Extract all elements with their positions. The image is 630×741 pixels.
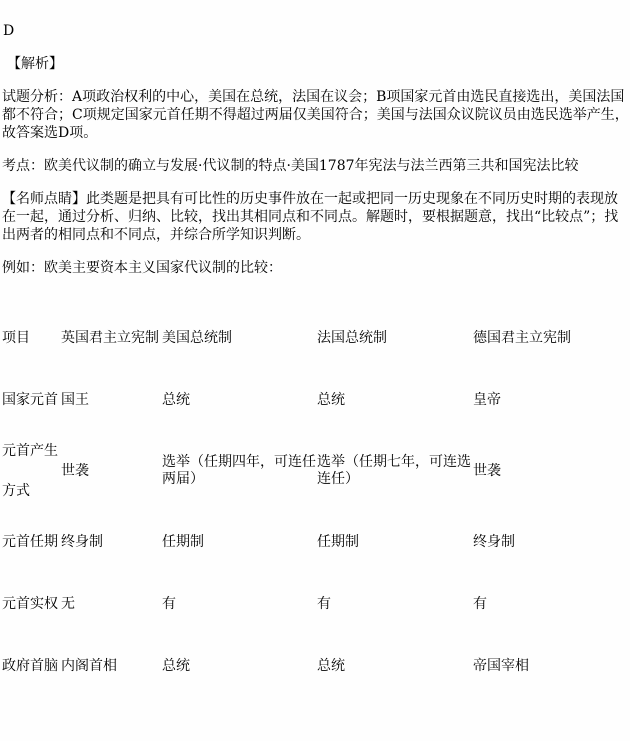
- table-cell: 总统: [162, 369, 317, 431]
- table-header-cell: 德国君主立宪制: [473, 307, 630, 369]
- comparison-table: 项目 英国君主立宪制 美国总统制 法国总统制 德国君主立宪制 国家元首 国王 总…: [2, 307, 630, 697]
- table-header-row: 项目 英国君主立宪制 美国总统制 法国总统制 德国君主立宪制: [2, 307, 630, 369]
- table-cell: 有: [473, 573, 630, 635]
- table-header-cell: 法国总统制: [317, 307, 473, 369]
- table-cell: 无: [61, 573, 162, 635]
- table-cell: 元首实权: [2, 573, 61, 635]
- table-cell: 元首任期: [2, 511, 61, 573]
- table-cell: 世袭: [473, 431, 630, 511]
- table-cell: 帝国宰相: [473, 635, 630, 697]
- table-cell: 国王: [61, 369, 162, 431]
- table-cell: 国家元首: [2, 369, 61, 431]
- table-cell: 总统: [317, 635, 473, 697]
- answer-letter: D: [2, 22, 630, 40]
- table-cell: 有: [162, 573, 317, 635]
- exam-point-line: 考点：欧美代议制的确立与发展·代议制的特点·美国1787年宪法与法兰西第三共和国…: [2, 157, 630, 175]
- table-header-cell: 英国君主立宪制: [61, 307, 162, 369]
- analysis-paragraph: 试题分析：A项政治权利的中心，美国在总统，法国在议会；B项国家元首由选民直接选出…: [2, 88, 630, 142]
- table-cell: 内阁首相: [61, 635, 162, 697]
- table-cell: 政府首脑: [2, 635, 61, 697]
- teacher-tips-paragraph: 【名师点睛】此类题是把具有可比性的历史事件放在一起或把同一历史现象在不同历史时期…: [2, 190, 630, 244]
- table-header-cell: 项目: [2, 307, 61, 369]
- table-cell: 选举（任期七年，可连选连任）: [317, 431, 473, 511]
- table-row-head-of-government: 政府首脑 内阁首相 总统 总统 帝国宰相: [2, 635, 630, 697]
- table-cell: 总统: [162, 635, 317, 697]
- table-cell: 任期制: [317, 511, 473, 573]
- table-row-head-of-state: 国家元首 国王 总统 总统 皇帝: [2, 369, 630, 431]
- table-cell: 选举（任期四年，可连任两届）: [162, 431, 317, 511]
- table-header-cell: 美国总统制: [162, 307, 317, 369]
- table-cell: 世袭: [61, 431, 162, 511]
- table-row-real-power: 元首实权 无 有 有 有: [2, 573, 630, 635]
- table-cell: 终身制: [473, 511, 630, 573]
- analysis-heading: 【解析】: [2, 55, 630, 73]
- example-intro-line: 例如：欧美主要资本主义国家代议制的比较：: [2, 259, 630, 277]
- table-cell: 总统: [317, 369, 473, 431]
- table-cell: 任期制: [162, 511, 317, 573]
- table-cell: 元首产生方式: [2, 431, 61, 511]
- answer-explanation-page: D 【解析】 试题分析：A项政治权利的中心，美国在总统，法国在议会；B项国家元首…: [0, 0, 630, 697]
- table-cell: 终身制: [61, 511, 162, 573]
- table-cell: 皇帝: [473, 369, 630, 431]
- table-row-term: 元首任期 终身制 任期制 任期制 终身制: [2, 511, 630, 573]
- table-cell: 有: [317, 573, 473, 635]
- table-row-selection-method: 元首产生方式 世袭 选举（任期四年，可连任两届） 选举（任期七年，可连选连任） …: [2, 431, 630, 511]
